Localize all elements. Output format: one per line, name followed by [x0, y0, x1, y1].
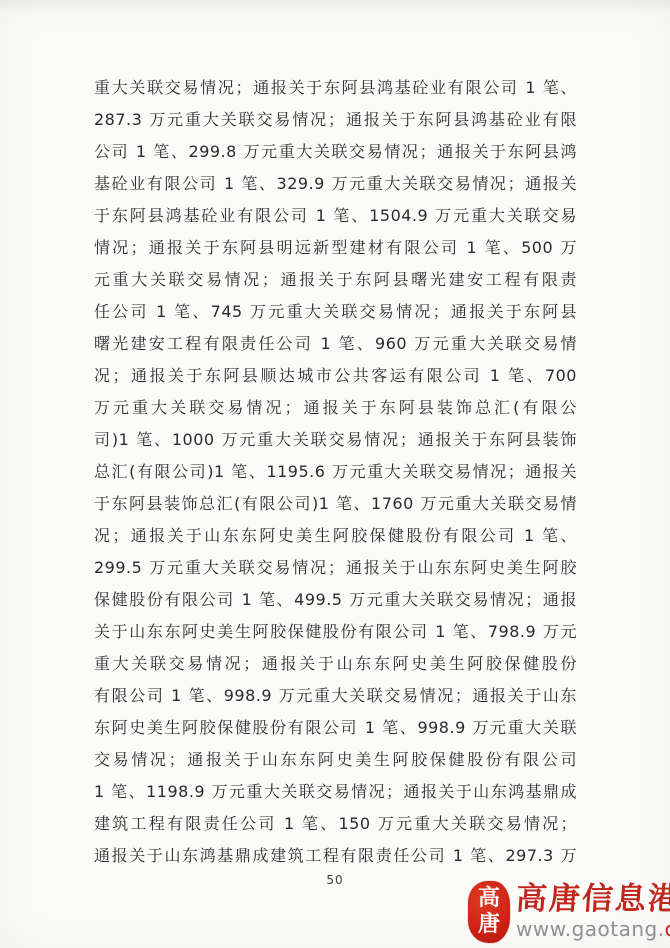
text-line: 司)1 笔、1000 万元重大关联交易情况；通报关于东阿县装饰 — [94, 424, 577, 456]
text-line: 东阿史美生阿胶保健股份有限公司 1 笔、998.9 万元重大关联 — [94, 712, 577, 744]
text-line: 287.3 万元重大关联交易情况；通报关于东阿县鸿基砼业有限 — [94, 104, 577, 136]
seal-char-top: 高 — [478, 886, 500, 912]
text-line: 有限公司 1 笔、998.9 万元重大关联交易情况；通报关于山东 — [94, 680, 577, 712]
gaotang-seal-icon: 高 唐 — [468, 881, 510, 943]
text-line: 曙光建安工程有限责任公司 1 笔、960 万元重大关联交易情 — [94, 328, 577, 360]
text-line: 况；通报关于山东东阿史美生阿胶保健股份有限公司 1 笔、 — [94, 520, 577, 552]
text-line: 保健股份有限公司 1 笔、499.5 万元重大关联交易情况；通报 — [94, 584, 577, 616]
text-line: 299.5 万元重大关联交易情况；通报关于山东东阿史美生阿胶 — [94, 552, 577, 584]
text-line: 通报关于山东鸿基鼎成建筑工程有限责任公司 1 笔、297.3 万 — [94, 840, 577, 872]
watermark-url: www.gaotang.cc — [516, 918, 670, 940]
text-line: 1 笔、1198.9 万元重大关联交易情况；通报关于山东鸿基鼎成 — [94, 776, 577, 808]
watermark-url-main: www.gaotang. — [516, 917, 665, 941]
watermark-site-name: 高唐信息港 — [515, 881, 670, 917]
scan-edge-shading — [0, 0, 670, 14]
text-line: 任公司 1 笔、745 万元重大关联交易情况；通报关于东阿县 — [94, 296, 577, 328]
text-line: 于东阿县鸿基砼业有限公司 1 笔、1504.9 万元重大关联交易 — [94, 200, 577, 232]
text-line: 关于山东东阿史美生阿胶保健股份有限公司 1 笔、798.9 万元 — [94, 616, 577, 648]
document-page: 重大关联交易情况；通报关于东阿县鸿基砼业有限公司 1 笔、 287.3 万元重大… — [0, 0, 670, 948]
text-line: 建筑工程有限责任公司 1 笔、150 万元重大关联交易情况； — [94, 808, 577, 840]
body-text: 重大关联交易情况；通报关于东阿县鸿基砼业有限公司 1 笔、 287.3 万元重大… — [94, 72, 577, 872]
text-line: 万元重大关联交易情况；通报关于东阿县装饰总汇(有限公 — [94, 392, 577, 424]
watermark-logo: 高 唐 高唐信息港 www.gaotang.cc — [468, 881, 670, 943]
text-line: 情况；通报关于东阿县明远新型建材有限公司 1 笔、500 万 — [94, 232, 577, 264]
text-line: 交易情况；通报关于山东东阿史美生阿胶保健股份有限公司 — [94, 744, 577, 776]
seal-char-bottom: 唐 — [478, 912, 500, 938]
text-line: 于东阿县装饰总汇(有限公司)1 笔、1760 万元重大关联交易情 — [94, 488, 577, 520]
text-line: 重大关联交易情况；通报关于山东东阿史美生阿胶保健股份 — [94, 648, 577, 680]
text-line: 况；通报关于东阿县顺达城市公共客运有限公司 1 笔、700 — [94, 360, 577, 392]
text-line: 重大关联交易情况；通报关于东阿县鸿基砼业有限公司 1 笔、 — [94, 72, 577, 104]
text-line: 元重大关联交易情况；通报关于东阿县曙光建安工程有限责 — [94, 264, 577, 296]
text-line: 公司 1 笔、299.8 万元重大关联交易情况；通报关于东阿县鸿 — [94, 136, 577, 168]
watermark-text-group: 高唐信息港 www.gaotang.cc — [516, 881, 670, 940]
text-line: 基砼业有限公司 1 笔、329.9 万元重大关联交易情况；通报关 — [94, 168, 577, 200]
text-line: 总汇(有限公司)1 笔、1195.6 万元重大关联交易情况；通报关 — [94, 456, 577, 488]
watermark-url-suffix: cc — [665, 917, 670, 941]
